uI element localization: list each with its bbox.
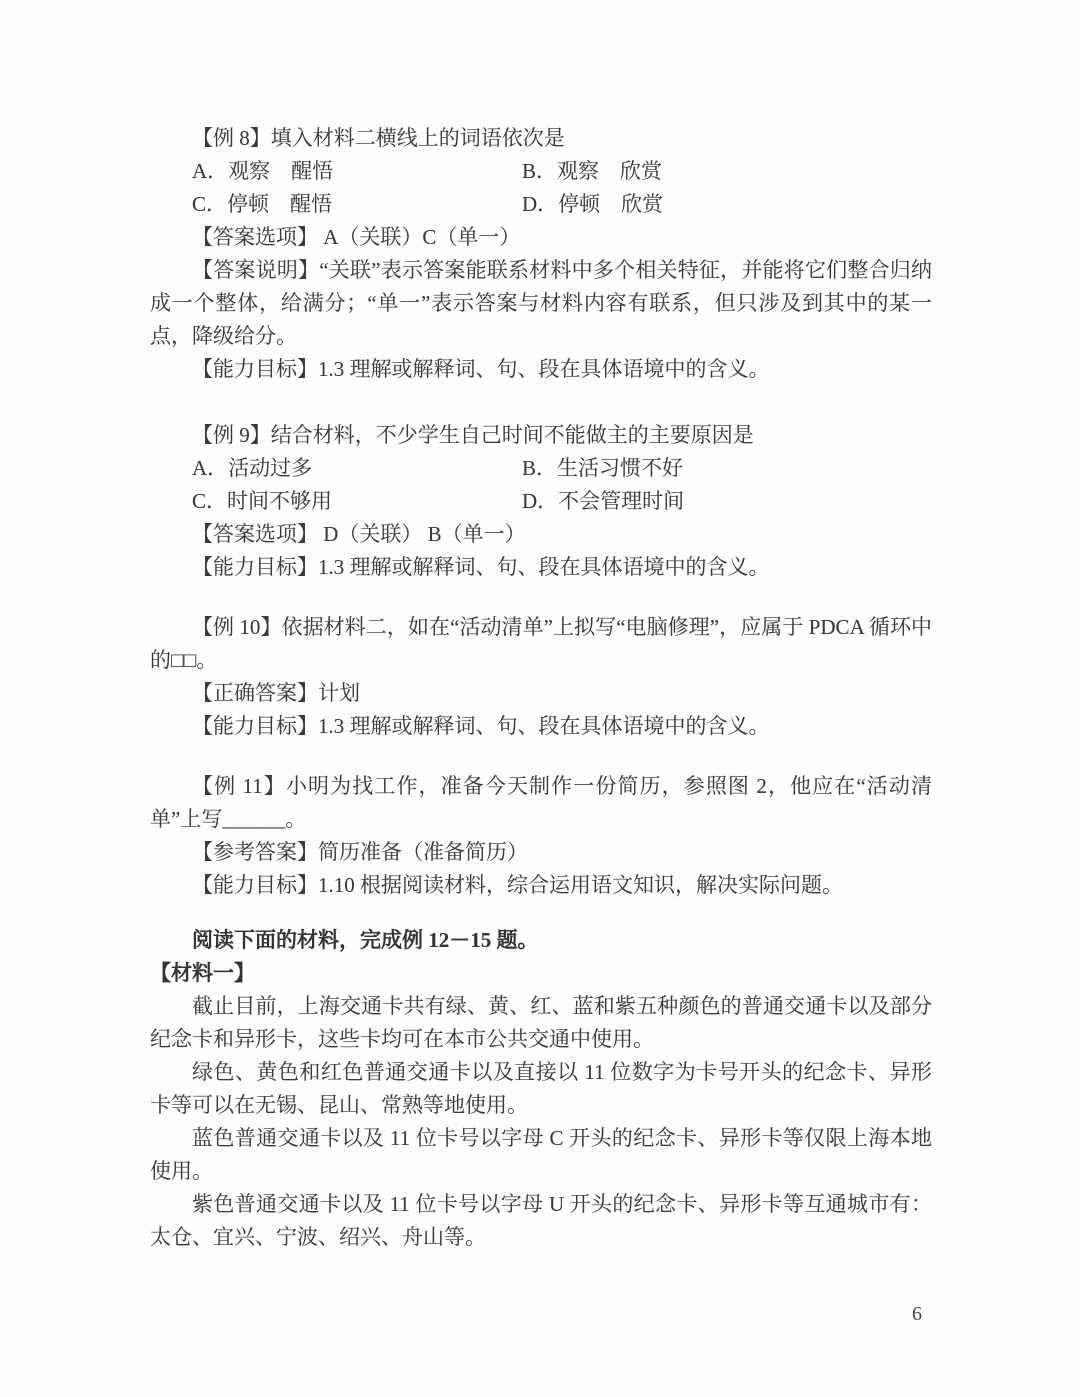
example-9-title: 【例 9】结合材料，不少学生自己时间不能做主的主要原因是 <box>150 419 932 452</box>
example-11-answer: 【参考答案】简历准备（准备简历） <box>150 836 932 869</box>
reading-instruction: 阅读下面的材料，完成例 12－15 题。 <box>150 924 932 957</box>
example-8-ability-goal: 【能力目标】1.3 理解或解释词、句、段在具体语境中的含义。 <box>150 353 932 386</box>
example-10-section: 【例 10】依据材料二，如在“活动清单”上拟写“电脑修理”，应属于 PDCA 循… <box>150 611 932 743</box>
example-9-option-b: B．生活习惯不好 <box>522 452 932 485</box>
page-number: 6 <box>912 1303 922 1326</box>
example-10-answer: 【正确答案】计划 <box>150 677 932 710</box>
example-8-option-a: A．观察 醒悟 <box>192 155 522 188</box>
example-8-title: 【例 8】填入材料二横线上的词语依次是 <box>150 122 932 155</box>
example-9-answer: 【答案选项】 D（关联） B（单一） <box>150 518 932 551</box>
example-11-title: 【例 11】小明为找工作，准备今天制作一份简历，参照图 2，他应在“活动清单”上… <box>150 770 932 836</box>
example-9-option-c: C．时间不够用 <box>192 485 522 518</box>
example-8-option-c: C．停顿 醒悟 <box>192 188 522 221</box>
example-11-ability-goal: 【能力目标】1.10 根据阅读材料，综合运用语文知识，解决实际问题。 <box>150 869 932 902</box>
example-8-explanation: 【答案说明】“关联”表示答案能联系材料中多个相关特征，并能将它们整合归纳成一个整… <box>150 254 932 353</box>
material-1-paragraph-1: 截止目前，上海交通卡共有绿、黄、红、蓝和紫五种颜色的普通交通卡以及部分纪念卡和异… <box>150 990 932 1056</box>
reading-material-section: 阅读下面的材料，完成例 12－15 题。 【材料一】 截止目前，上海交通卡共有绿… <box>150 924 932 1254</box>
page-content: 【例 8】填入材料二横线上的词语依次是 A．观察 醒悟 B．观察 欣赏 C．停顿… <box>150 122 932 1254</box>
example-11-section: 【例 11】小明为找工作，准备今天制作一份简历，参照图 2，他应在“活动清单”上… <box>150 770 932 902</box>
example-8-option-d: D．停顿 欣赏 <box>522 188 932 221</box>
material-1-paragraph-2: 绿色、黄色和红色普通交通卡以及直接以 11 位数字为卡号开头的纪念卡、异形卡等可… <box>150 1056 932 1122</box>
material-1-paragraph-3: 蓝色普通交通卡以及 11 位卡号以字母 C 开头的纪念卡、异形卡等仅限上海本地使… <box>150 1122 932 1188</box>
example-9-ability-goal: 【能力目标】1.3 理解或解释词、句、段在具体语境中的含义。 <box>150 551 932 584</box>
example-8-options-row-1: A．观察 醒悟 B．观察 欣赏 <box>150 155 932 188</box>
example-8-option-b: B．观察 欣赏 <box>522 155 932 188</box>
example-9-section: 【例 9】结合材料，不少学生自己时间不能做主的主要原因是 A．活动过多 B．生活… <box>150 419 932 584</box>
example-9-options-row-2: C．时间不够用 D．不会管理时间 <box>150 485 932 518</box>
example-9-option-a: A．活动过多 <box>192 452 522 485</box>
example-8-options-row-2: C．停顿 醒悟 D．停顿 欣赏 <box>150 188 932 221</box>
material-1-label: 【材料一】 <box>150 957 932 990</box>
example-8-answer: 【答案选项】 A（关联）C（单一） <box>150 221 932 254</box>
example-10-title: 【例 10】依据材料二，如在“活动清单”上拟写“电脑修理”，应属于 PDCA 循… <box>150 611 932 677</box>
material-1-paragraph-4: 紫色普通交通卡以及 11 位卡号以字母 U 开头的纪念卡、异形卡等互通城市有：太… <box>150 1188 932 1254</box>
document-page: 【例 8】填入材料二横线上的词语依次是 A．观察 醒悟 B．观察 欣赏 C．停顿… <box>0 0 1080 1397</box>
example-9-option-d: D．不会管理时间 <box>522 485 932 518</box>
example-10-ability-goal: 【能力目标】1.3 理解或解释词、句、段在具体语境中的含义。 <box>150 710 932 743</box>
example-8-section: 【例 8】填入材料二横线上的词语依次是 A．观察 醒悟 B．观察 欣赏 C．停顿… <box>150 122 932 386</box>
example-9-options-row-1: A．活动过多 B．生活习惯不好 <box>150 452 932 485</box>
